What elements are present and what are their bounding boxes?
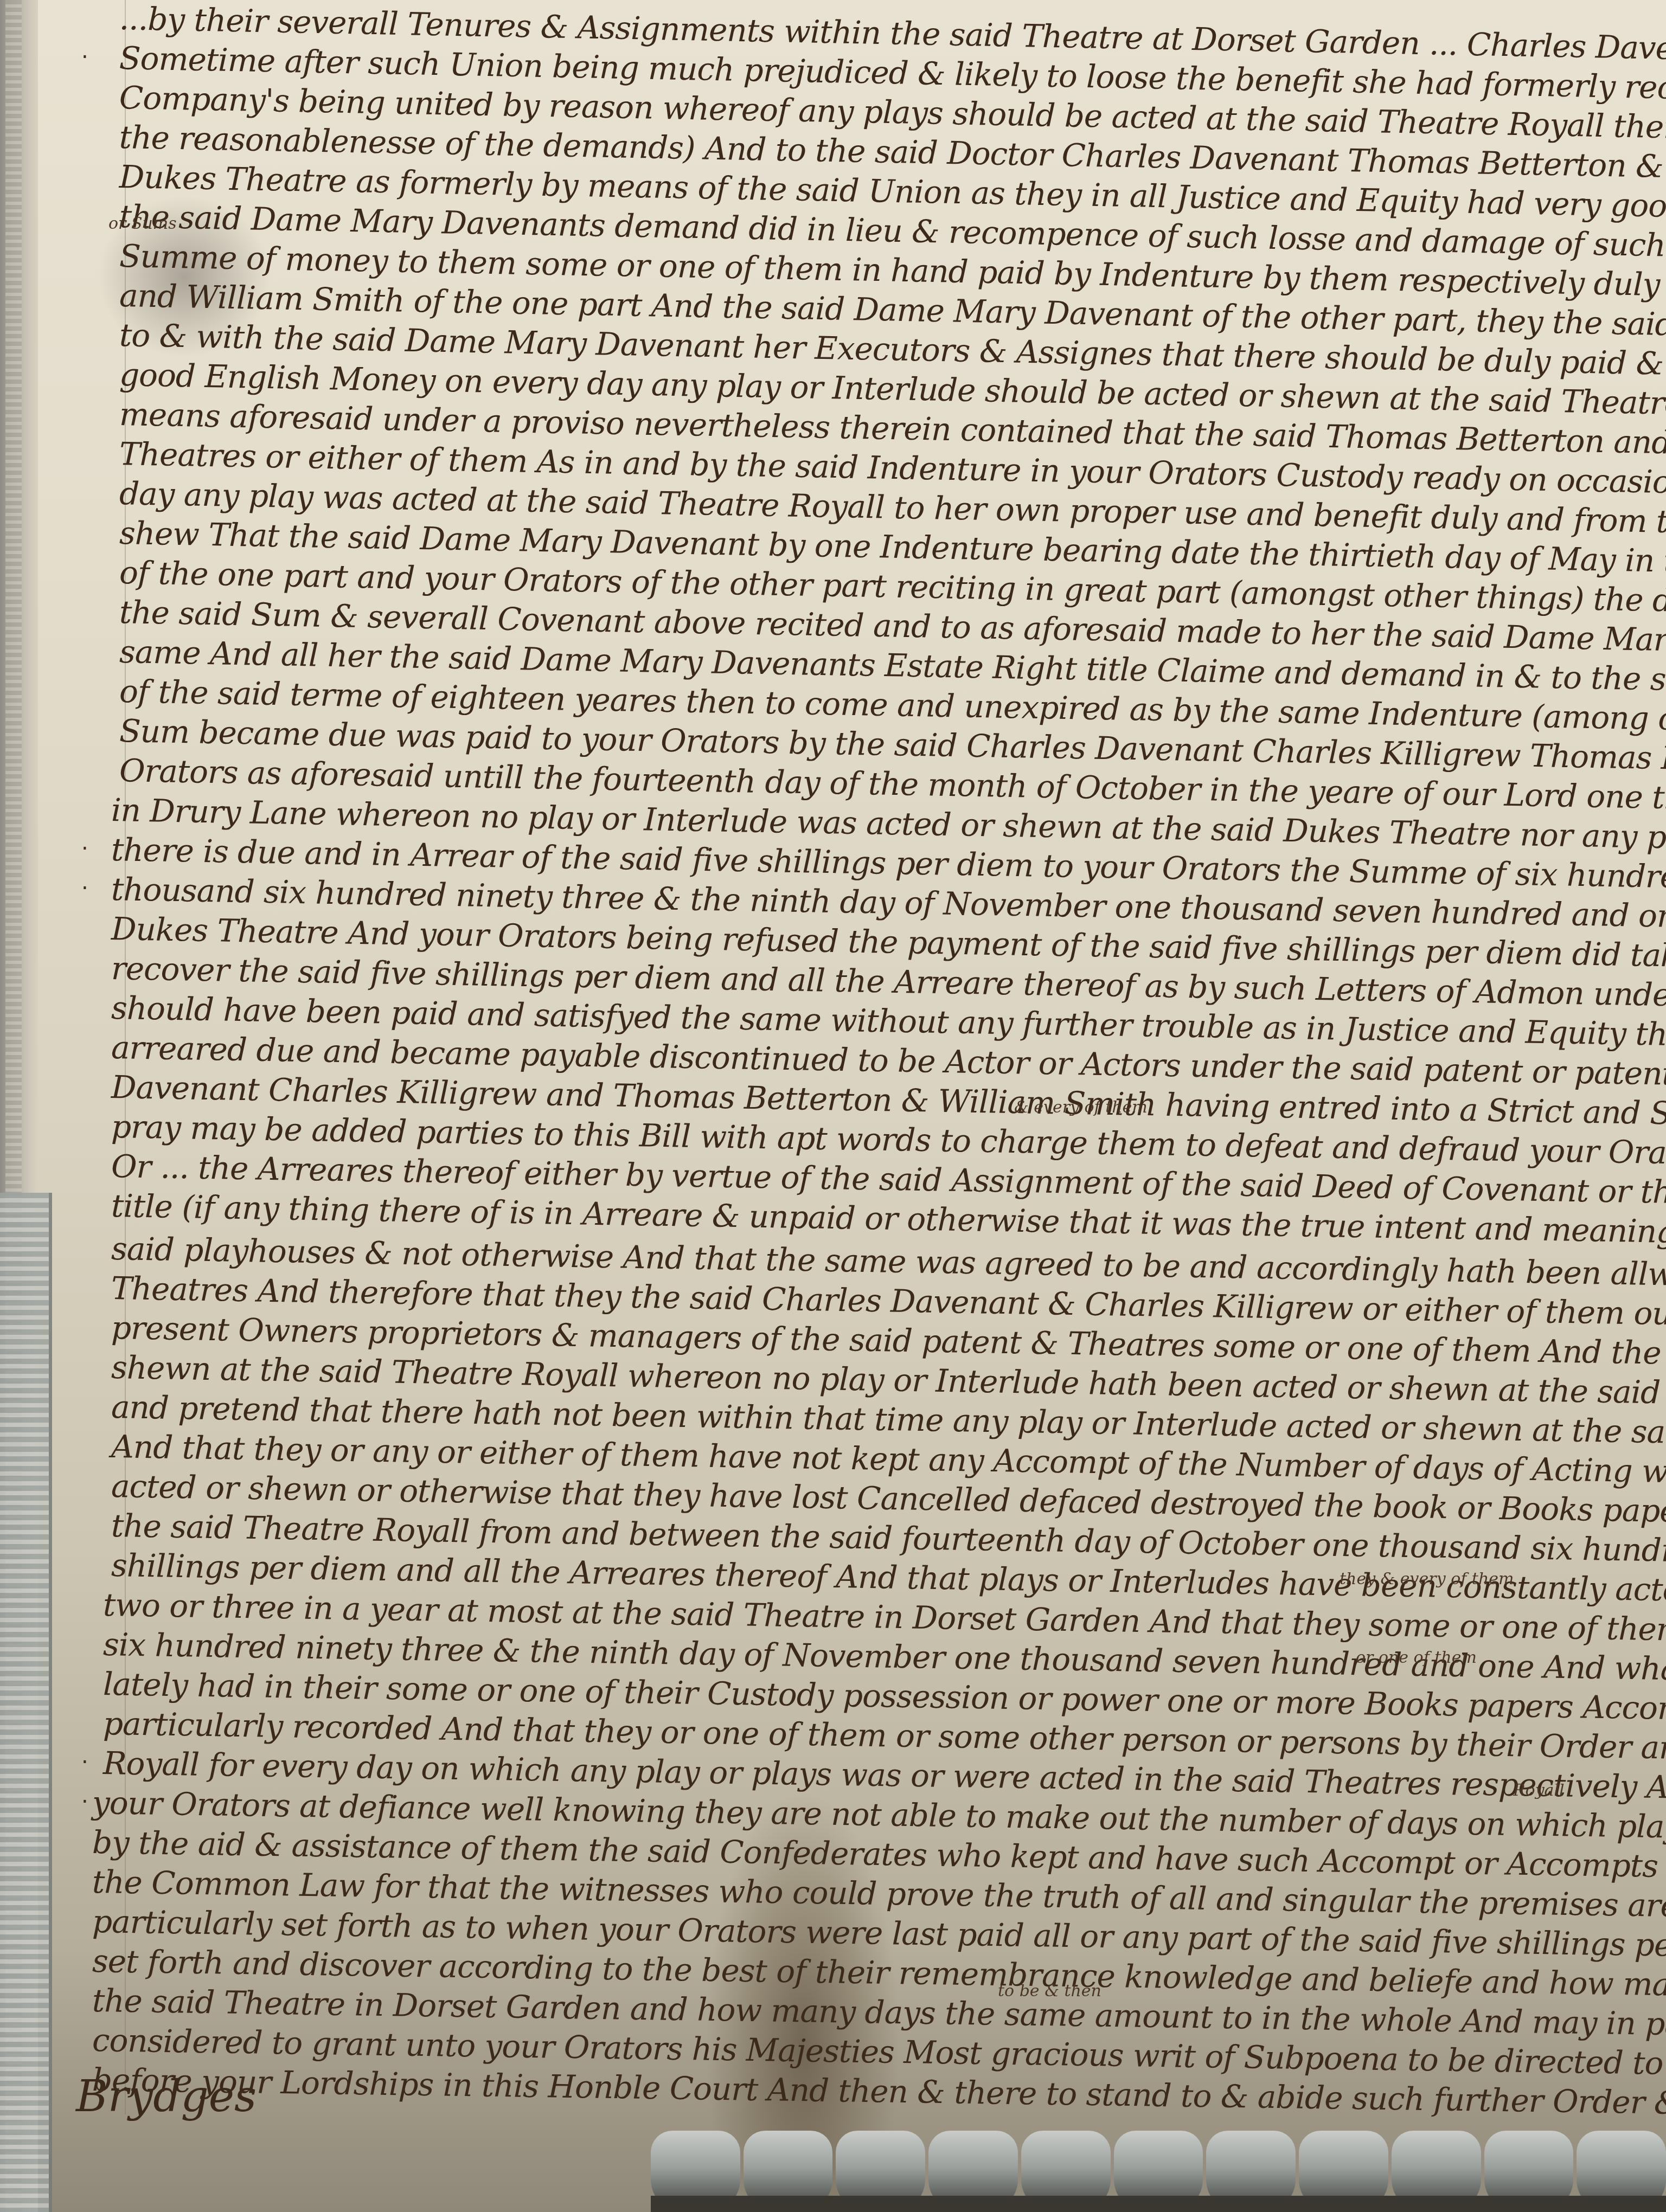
margin-mark: · bbox=[81, 1790, 88, 1815]
silk-cord-binding bbox=[0, 1193, 52, 2212]
bottom-shadow bbox=[651, 2196, 1666, 2212]
manuscript-photo: ...by their severall Tenures & Assignmen… bbox=[0, 0, 1666, 2212]
interlinear-note: or Sums bbox=[108, 214, 177, 233]
margin-mark: · bbox=[81, 876, 88, 901]
interlinear-note: Royall bbox=[1513, 1781, 1565, 1800]
margin-mark: · bbox=[81, 837, 88, 861]
signature-brydges: Brydges bbox=[76, 2071, 257, 2121]
interlinear-note: & every of them bbox=[1014, 1098, 1148, 1117]
interlinear-note: or one of them bbox=[1356, 1648, 1477, 1667]
interlinear-note: they & every of them bbox=[1340, 1570, 1514, 1589]
interlinear-note: to be & then bbox=[998, 1982, 1101, 2001]
margin-mark: · bbox=[81, 45, 88, 70]
margin-mark: · bbox=[81, 1750, 88, 1775]
